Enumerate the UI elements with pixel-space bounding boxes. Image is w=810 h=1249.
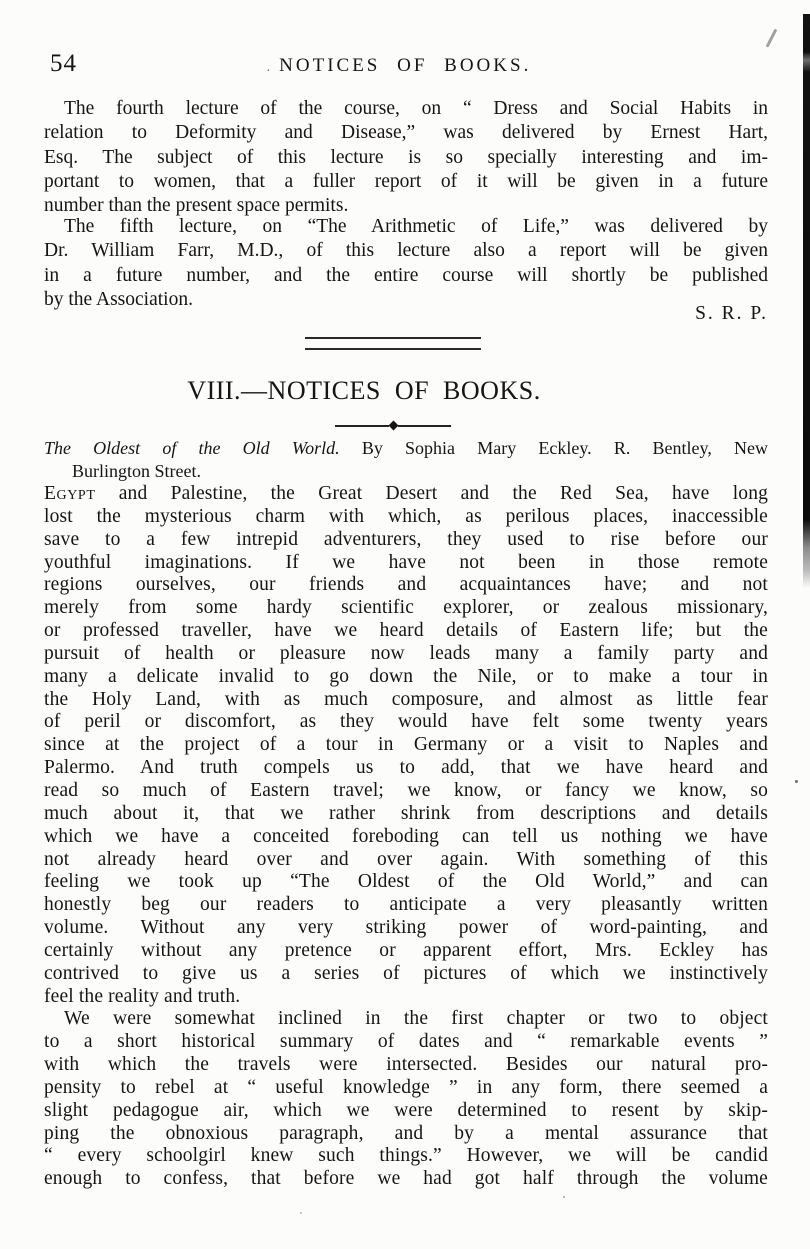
text-line: Dr. William Farr, M.D., of this lecture …: [44, 239, 768, 263]
text-line: feel the reality and truth.: [44, 986, 768, 1009]
text-line: or professed traveller, have we heard de…: [44, 620, 768, 643]
text-line: The fourth lecture of the course, on “ D…: [44, 97, 768, 121]
running-header: .NOTICES OF BOOKS.: [44, 55, 754, 77]
text-line: save to a few intrepid adventurers, they…: [44, 529, 768, 552]
text-line: “ every schoolgirl knew such things.” Ho…: [44, 1145, 768, 1168]
text-line: since at the project of a tour in German…: [44, 734, 768, 757]
text-line: relation to Deformity and Disease,” was …: [44, 121, 768, 145]
double-rule-divider: [305, 337, 481, 350]
running-header-text: NOTICES OF BOOKS.: [279, 55, 531, 76]
text-line: feeling we took up “The Oldest of the Ol…: [44, 871, 768, 894]
text-line: regions ourselves, our friends and acqua…: [44, 574, 768, 597]
lead-rest: and Palestine, the Great Desert and the …: [95, 483, 768, 504]
text-line: slight pedagogue air, which we were dete…: [44, 1100, 768, 1123]
text-line: of peril or discomfort, as they would ha…: [44, 711, 768, 734]
rule-line-right: [398, 425, 452, 427]
citation-line-1: The Oldest of the Old World. By Sophia M…: [44, 437, 768, 460]
text-line: not already heard over and over again. W…: [44, 849, 768, 872]
diamond-rule-divider: [335, 421, 451, 430]
stray-ink-dot: .: [267, 60, 274, 75]
text-line: volume. Without any very striking power …: [44, 917, 768, 940]
text-line: We were somewhat inclined in the first c…: [44, 1008, 768, 1031]
text-line: enough to confess, that before we had go…: [44, 1168, 768, 1191]
text-line: merely from some hardy scientific explor…: [44, 597, 768, 620]
review-paragraph-1-lines: lost the mysterious charm with which, as…: [44, 506, 768, 1009]
book-citation: The Oldest of the Old World. By Sophia M…: [44, 437, 768, 483]
text-line: portant to women, that a fuller report o…: [44, 170, 768, 194]
smallcaps-lead-word: Egypt: [44, 483, 95, 504]
review-paragraph-2: We were somewhat inclined in the first c…: [44, 1008, 768, 1191]
rule-line-left: [335, 425, 389, 427]
scan-speck: [795, 780, 798, 783]
text-line: honestly beg our readers to anticipate a…: [44, 894, 768, 917]
text-line: the Holy Land, with as much composure, a…: [44, 689, 768, 712]
text-line-lead: Egypt and Palestine, the Great Desert an…: [44, 483, 768, 506]
text-line: with which the travels were intersected.…: [44, 1054, 768, 1077]
scan-edge-artifact-bar: [803, 14, 810, 588]
text-line: youthful imaginations. If we have not be…: [44, 552, 768, 575]
citation-line-2: Burlington Street.: [44, 460, 768, 483]
text-line: certainly without any pretence or appare…: [44, 940, 768, 963]
text-line: lost the mysterious charm with which, as…: [44, 506, 768, 529]
text-line: much about it, that we rather shrink fro…: [44, 803, 768, 826]
text-line: contrived to give us a series of picture…: [44, 963, 768, 986]
scan-speck: [563, 1196, 565, 1198]
text-line: to a short historical summary of dates a…: [44, 1031, 768, 1054]
scanned-book-page: 54 .NOTICES OF BOOKS. The fourth lecture…: [0, 0, 810, 1249]
text-line: ping the obnoxious paragraph, and by a m…: [44, 1123, 768, 1146]
scan-pen-slash-mark: [766, 29, 777, 48]
text-line: in a future number, and the entire cours…: [44, 264, 768, 288]
text-line: which we have a conceited foreboding can…: [44, 826, 768, 849]
signature-initials: S. R. P.: [44, 303, 774, 325]
text-line: many a delicate invalid to go down the N…: [44, 666, 768, 689]
text-line: pensity to rebel at “ useful knowledge ”…: [44, 1077, 768, 1100]
review-paragraph-1: Egypt and Palestine, the Great Desert an…: [44, 483, 768, 1008]
front-paragraph-fifth-lecture: The fifth lecture, on “The Arithmetic of…: [44, 215, 768, 312]
citation-author-publisher: By Sophia Mary Eckley. R. Bentley, New: [340, 438, 768, 458]
text-line: read so much of Eastern travel; we know,…: [44, 780, 768, 803]
text-line: The fifth lecture, on “The Arithmetic of…: [44, 215, 768, 239]
front-paragraph-fourth-lecture: The fourth lecture of the course, on “ D…: [44, 97, 768, 218]
diamond-ornament: [388, 421, 398, 431]
text-line: Palermo. And truth compels us to add, th…: [44, 757, 768, 780]
scan-speck: [300, 1212, 302, 1214]
text-line: Esq. The subject of this lecture is so s…: [44, 146, 768, 170]
section-heading: VIII.—NOTICES OF BOOKS.: [44, 376, 684, 406]
book-title-italic: The Oldest of the Old World.: [44, 438, 340, 458]
text-line: pursuit of health or pleasure now leads …: [44, 643, 768, 666]
review-body: Egypt and Palestine, the Great Desert an…: [44, 483, 768, 1191]
